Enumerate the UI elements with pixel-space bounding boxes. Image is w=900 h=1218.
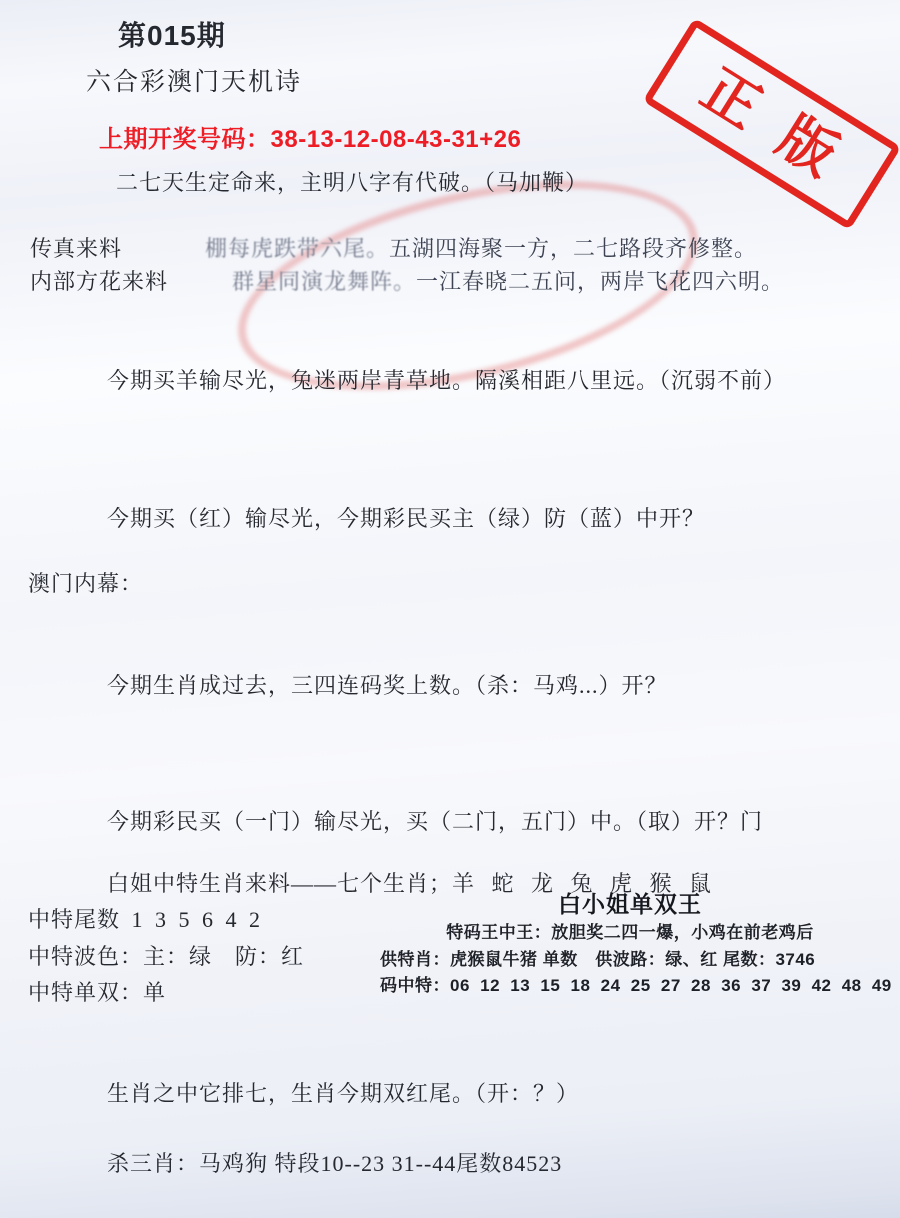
page-title: 六合彩澳门天机诗 (86, 62, 302, 98)
tip-line-3: 今期生肖成过去，三四连码奖上数。（杀：马鸡...）开？ (107, 669, 668, 700)
tip-line-2: 今期买（红）输尽光，今期彩民买主（绿）防（蓝）中开？ (107, 502, 705, 533)
fax-text-blurred: 棚每虎跌带六尾。 (205, 236, 389, 261)
genuine-stamp: 正版 (643, 18, 900, 230)
genuine-stamp-text: 正版 (669, 45, 875, 203)
internal-source-text: 群星同演龙舞阵。一江春晓二五问，两岸飞花四六明。 (232, 265, 784, 296)
tip-line-4: 今期彩民买（一门）输尽光，买（二门，五门）中。（取）开？门 (107, 805, 763, 836)
right-block-line-2: 供特肖：虎猴鼠牛猪 单数 供波路：绿、红 尾数：3746 (380, 945, 815, 970)
internal-text-clear: 一江春晓二五问，两岸飞花四六明。 (416, 269, 784, 294)
right-block-line-3: 码中特：06 12 13 15 18 24 25 27 28 36 37 39 … (380, 971, 892, 996)
poem-opening: 二七天生定命来，主明八字有代破。（马加鞭） (116, 166, 588, 197)
right-block-title: 白小姐单双王 (380, 886, 880, 919)
special-tails-line: 中特尾数 1 3 5 6 4 2 (28, 903, 261, 934)
bottom-line-1: 生肖之中它排七，生肖今期双红尾。（开：？） (107, 1077, 579, 1108)
bottom-line-2: 杀三肖：马鸡狗 特段10--23 31--44尾数84523 (107, 1147, 562, 1178)
internal-source-label: 内部方花来料 (30, 265, 168, 296)
macau-insider-label: 澳门内幕： (28, 567, 143, 598)
last-draw-label: 上期开奖号码： (99, 126, 271, 153)
right-block-line-1: 特码王中王：放胆奖二四一爆，小鸡在前老鸡后 (380, 918, 880, 943)
last-draw-numbers: 38-13-12-08-43-31+26 (271, 126, 522, 153)
lottery-tip-sheet: 正版 第015期 六合彩澳门天机诗 上期开奖号码：38-13-12-08-43-… (0, 0, 900, 1218)
last-draw-line: 上期开奖号码：38-13-12-08-43-31+26 (99, 119, 521, 154)
special-wave-color-line: 中特波色：主：绿 防：红 (28, 940, 304, 971)
internal-text-blurred: 群星同演龙舞阵。 (232, 269, 416, 294)
issue-number: 第015期 (118, 14, 226, 54)
special-odd-even-line: 中特单双：单 (28, 976, 166, 1007)
tip-line-1: 今期买羊输尽光，兔迷两岸青草地。隔溪相距八里远。（沉弱不前） (107, 364, 786, 395)
fax-text-clear: 五湖四海聚一方，二七路段齐修整。 (389, 236, 757, 261)
fax-source-label: 传真来料 (30, 232, 122, 263)
fax-source-text: 棚每虎跌带六尾。五湖四海聚一方，二七路段齐修整。 (205, 232, 757, 263)
